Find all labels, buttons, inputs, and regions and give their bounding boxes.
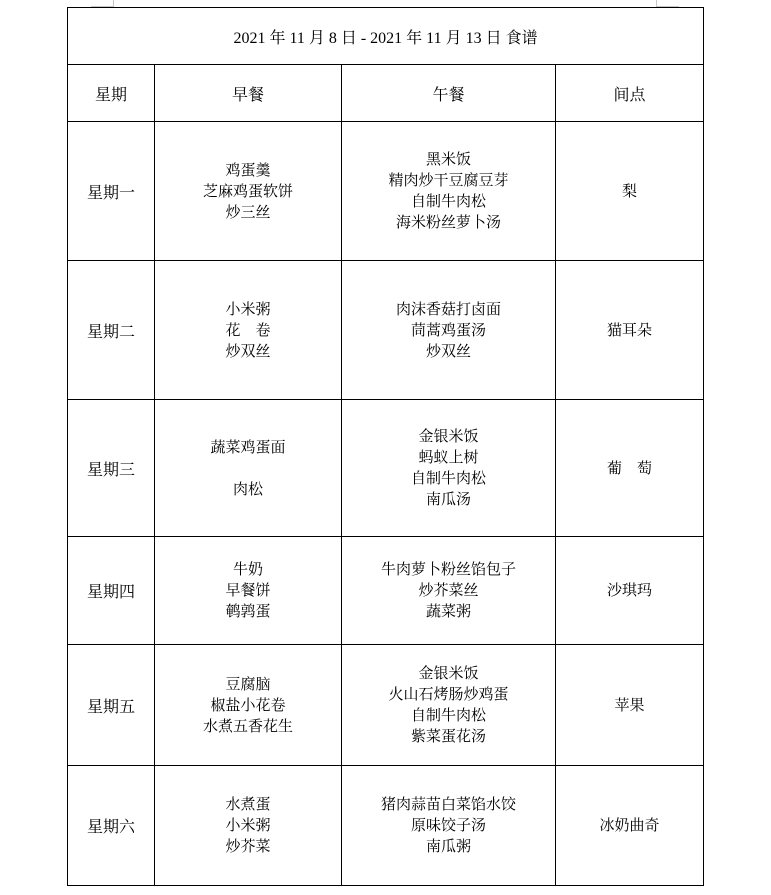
snack-dish: 葡 萄	[556, 458, 703, 479]
title-row: 2021 年 11 月 8 日 - 2021 年 11 月 13 日 食谱	[68, 8, 704, 65]
menu-title: 2021 年 11 月 8 日 - 2021 年 11 月 13 日 食谱	[68, 8, 704, 65]
breakfast-cell: 小米粥花 卷炒双丝	[155, 261, 342, 400]
breakfast-dish: 芝麻鸡蛋软饼	[155, 181, 341, 202]
snack-dish: 猫耳朵	[556, 320, 703, 341]
page-margin-marker-right	[656, 0, 679, 7]
lunch-dish: 南瓜粥	[342, 836, 555, 857]
menu-body: 星期一鸡蛋羹芝麻鸡蛋软饼炒三丝黑米饭精肉炒干豆腐豆芽自制牛肉松海米粉丝萝卜汤梨星…	[68, 122, 704, 886]
lunch-dish: 金银米饭	[342, 426, 555, 447]
lunch-cell: 金银米饭蚂蚁上树自制牛肉松南瓜汤	[342, 400, 556, 537]
breakfast-dish	[155, 458, 341, 479]
breakfast-cell: 水煮蛋小米粥炒芥菜	[155, 766, 342, 886]
lunch-dish: 自制牛肉松	[342, 705, 555, 726]
lunch-dish: 南瓜汤	[342, 489, 555, 510]
snack-cell: 猫耳朵	[556, 261, 704, 400]
menu-row: 星期四牛奶早餐饼鹌鹑蛋牛肉萝卜粉丝馅包子炒芥菜丝蔬菜粥沙琪玛	[68, 537, 704, 645]
breakfast-dish: 椒盐小花卷	[155, 695, 341, 716]
lunch-dish: 自制牛肉松	[342, 468, 555, 489]
lunch-dish: 炒双丝	[342, 341, 555, 362]
snack-cell: 梨	[556, 122, 704, 261]
breakfast-dish: 小米粥	[155, 815, 341, 836]
snack-dish: 冰奶曲奇	[556, 815, 703, 836]
lunch-dish: 茼蒿鸡蛋汤	[342, 320, 555, 341]
header-day: 星期	[68, 65, 155, 122]
lunch-dish: 金银米饭	[342, 663, 555, 684]
menu-row: 星期五豆腐脑椒盐小花卷水煮五香花生金银米饭火山石烤肠炒鸡蛋自制牛肉松紫菜蛋花汤苹…	[68, 645, 704, 766]
header-snack: 间点	[556, 65, 704, 122]
page-margin-marker-left	[91, 0, 114, 7]
day-cell: 星期六	[68, 766, 155, 886]
lunch-dish: 蔬菜粥	[342, 601, 555, 622]
header-row: 星期 早餐 午餐 间点	[68, 65, 704, 122]
day-cell: 星期五	[68, 645, 155, 766]
lunch-dish: 猪肉蒜苗白菜馅水饺	[342, 794, 555, 815]
breakfast-dish: 蔬菜鸡蛋面	[155, 437, 341, 458]
breakfast-dish: 花 卷	[155, 320, 341, 341]
snack-dish: 沙琪玛	[556, 580, 703, 601]
header-lunch: 午餐	[342, 65, 556, 122]
breakfast-dish: 豆腐脑	[155, 674, 341, 695]
day-cell: 星期一	[68, 122, 155, 261]
lunch-cell: 黑米饭精肉炒干豆腐豆芽自制牛肉松海米粉丝萝卜汤	[342, 122, 556, 261]
breakfast-dish: 小米粥	[155, 299, 341, 320]
day-cell: 星期四	[68, 537, 155, 645]
lunch-dish: 海米粉丝萝卜汤	[342, 212, 555, 233]
snack-cell: 苹果	[556, 645, 704, 766]
breakfast-dish: 炒三丝	[155, 202, 341, 223]
breakfast-dish: 水煮蛋	[155, 794, 341, 815]
lunch-dish: 肉沫香菇打卤面	[342, 299, 555, 320]
lunch-dish: 蚂蚁上树	[342, 447, 555, 468]
lunch-cell: 金银米饭火山石烤肠炒鸡蛋自制牛肉松紫菜蛋花汤	[342, 645, 556, 766]
lunch-dish: 紫菜蛋花汤	[342, 726, 555, 747]
lunch-dish: 黑米饭	[342, 149, 555, 170]
lunch-cell: 肉沫香菇打卤面茼蒿鸡蛋汤炒双丝	[342, 261, 556, 400]
lunch-dish: 精肉炒干豆腐豆芽	[342, 170, 555, 191]
lunch-dish: 牛肉萝卜粉丝馅包子	[342, 559, 555, 580]
lunch-dish: 自制牛肉松	[342, 191, 555, 212]
day-cell: 星期二	[68, 261, 155, 400]
breakfast-dish: 鹌鹑蛋	[155, 601, 341, 622]
lunch-dish: 火山石烤肠炒鸡蛋	[342, 684, 555, 705]
lunch-dish: 原味饺子汤	[342, 815, 555, 836]
lunch-cell: 牛肉萝卜粉丝馅包子炒芥菜丝蔬菜粥	[342, 537, 556, 645]
snack-dish: 梨	[556, 181, 703, 202]
breakfast-dish: 水煮五香花生	[155, 716, 341, 737]
menu-row: 星期一鸡蛋羹芝麻鸡蛋软饼炒三丝黑米饭精肉炒干豆腐豆芽自制牛肉松海米粉丝萝卜汤梨	[68, 122, 704, 261]
lunch-cell: 猪肉蒜苗白菜馅水饺原味饺子汤南瓜粥	[342, 766, 556, 886]
snack-cell: 葡 萄	[556, 400, 704, 537]
breakfast-dish: 早餐饼	[155, 580, 341, 601]
weekly-menu-table: 2021 年 11 月 8 日 - 2021 年 11 月 13 日 食谱 星期…	[67, 7, 704, 886]
snack-cell: 冰奶曲奇	[556, 766, 704, 886]
snack-cell: 沙琪玛	[556, 537, 704, 645]
breakfast-dish: 肉松	[155, 479, 341, 500]
header-breakfast: 早餐	[155, 65, 342, 122]
breakfast-dish: 炒芥菜	[155, 836, 341, 857]
breakfast-dish: 牛奶	[155, 559, 341, 580]
lunch-dish: 炒芥菜丝	[342, 580, 555, 601]
breakfast-cell: 牛奶早餐饼鹌鹑蛋	[155, 537, 342, 645]
breakfast-dish: 炒双丝	[155, 341, 341, 362]
menu-row: 星期二小米粥花 卷炒双丝肉沫香菇打卤面茼蒿鸡蛋汤炒双丝猫耳朵	[68, 261, 704, 400]
breakfast-cell: 鸡蛋羹芝麻鸡蛋软饼炒三丝	[155, 122, 342, 261]
menu-row: 星期六水煮蛋小米粥炒芥菜猪肉蒜苗白菜馅水饺原味饺子汤南瓜粥冰奶曲奇	[68, 766, 704, 886]
menu-row: 星期三蔬菜鸡蛋面肉松金银米饭蚂蚁上树自制牛肉松南瓜汤葡 萄	[68, 400, 704, 537]
day-cell: 星期三	[68, 400, 155, 537]
breakfast-dish: 鸡蛋羹	[155, 160, 341, 181]
breakfast-cell: 豆腐脑椒盐小花卷水煮五香花生	[155, 645, 342, 766]
snack-dish: 苹果	[556, 695, 703, 716]
breakfast-cell: 蔬菜鸡蛋面肉松	[155, 400, 342, 537]
